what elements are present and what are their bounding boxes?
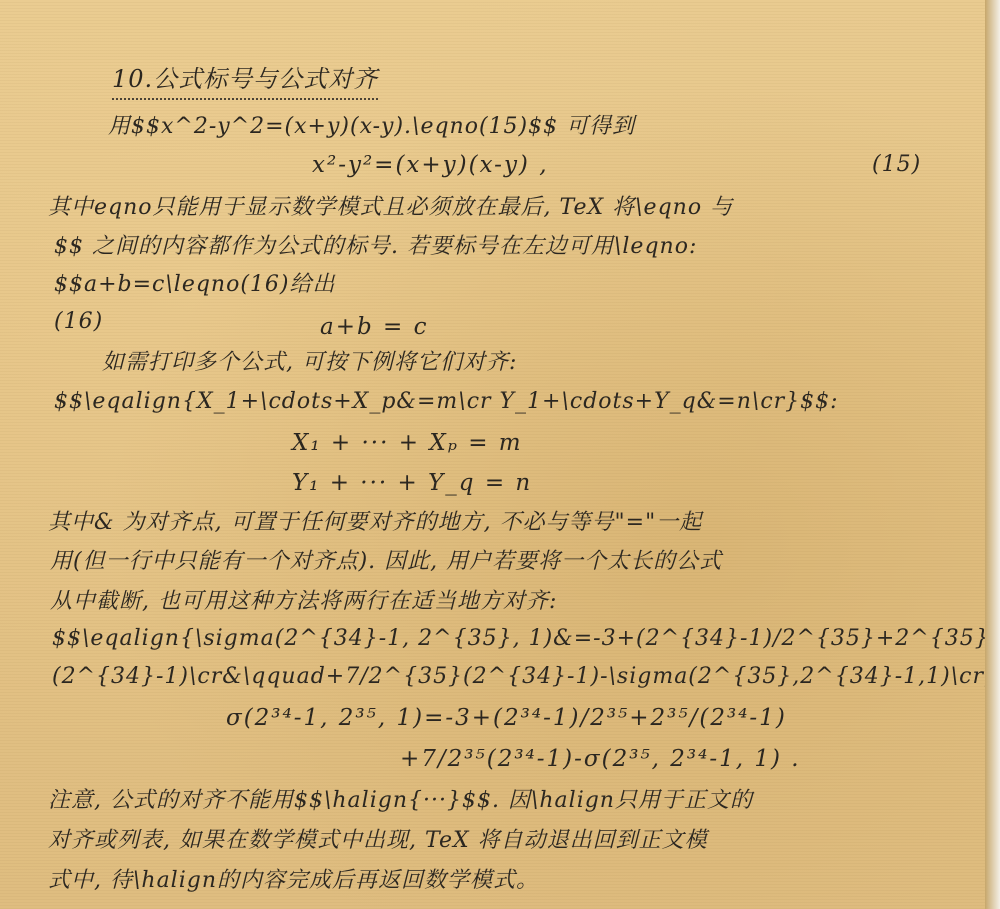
handwritten-page: 10.公式标号与公式对齐 用$$x^2-y^2=(x+y)(x-y).\eqno… <box>0 0 985 909</box>
equation-16: a+b = c <box>320 312 428 342</box>
section-title-text: 公式标号与公式对齐 <box>153 65 378 93</box>
equation-number-16: (16) <box>54 307 103 337</box>
section-number: 10. <box>112 65 153 93</box>
section-title: 10.公式标号与公式对齐 <box>112 64 378 100</box>
aligned-equation-1: X₁ + ··· + Xₚ = m <box>292 428 523 458</box>
text-line-3: 其中eqno只能用于显示数学模式且必须放在最后, TeX 将\eqno 与 <box>48 193 733 223</box>
text-line-1: 用$$x^2-y^2=(x+y)(x-y).\eqno(15)$$ 可得到 <box>108 112 635 142</box>
aligned-equation-2: Y₁ + ··· + Y_q = n <box>292 468 532 498</box>
text-line-4: $$ 之间的内容都作为公式的标号. 若要标号在左边可用\leqno: <box>54 232 697 262</box>
text-line-7: 如需打印多个公式, 可按下例将它们对齐: <box>102 348 517 378</box>
text-line-8: $$\eqalign{X_1+\cdots+X_p&=m\cr Y_1+\cdo… <box>54 387 839 417</box>
text-line-19: 对齐或列表, 如果在数学模式中出现, TeX 将自动退出回到正文模 <box>48 826 708 856</box>
text-line-11: 其中& 为对齐点, 可置于任何要对齐的地方, 不必与等号"="一起 <box>48 508 702 538</box>
text-line-12: 用(但一行中只能有一个对齐点). 因此, 用户若要将一个太长的公式 <box>50 547 722 577</box>
text-line-13: 从中截断, 也可用这种方法将两行在适当地方对齐: <box>50 587 557 617</box>
text-line-18: 注意, 公式的对齐不能用$$\halign{···}$$. 因\halign只用… <box>48 786 753 816</box>
equation-15: x²-y²=(x+y)(x-y) , <box>312 150 549 180</box>
text-line-5: $$a+b=c\leqno(16)给出 <box>54 270 336 300</box>
equation-number-15: (15) <box>872 150 921 180</box>
page-edge <box>985 0 1000 909</box>
text-line-14: $$\eqalign{\sigma(2^{34}-1, 2^{35}, 1)&=… <box>52 624 985 654</box>
text-line-20: 式中, 待\halign的内容完成后再返回数学模式。 <box>48 866 539 896</box>
split-equation-line-1: σ(2³⁴-1, 2³⁵, 1)=-3+(2³⁴-1)/2³⁵+2³⁵/(2³⁴… <box>226 703 787 733</box>
split-equation-line-2: +7/2³⁵(2³⁴-1)-σ(2³⁵, 2³⁴-1, 1) . <box>400 744 801 774</box>
text-line-15: (2^{34}-1)\cr&\qquad+7/2^{35}(2^{34}-1)-… <box>52 662 985 692</box>
